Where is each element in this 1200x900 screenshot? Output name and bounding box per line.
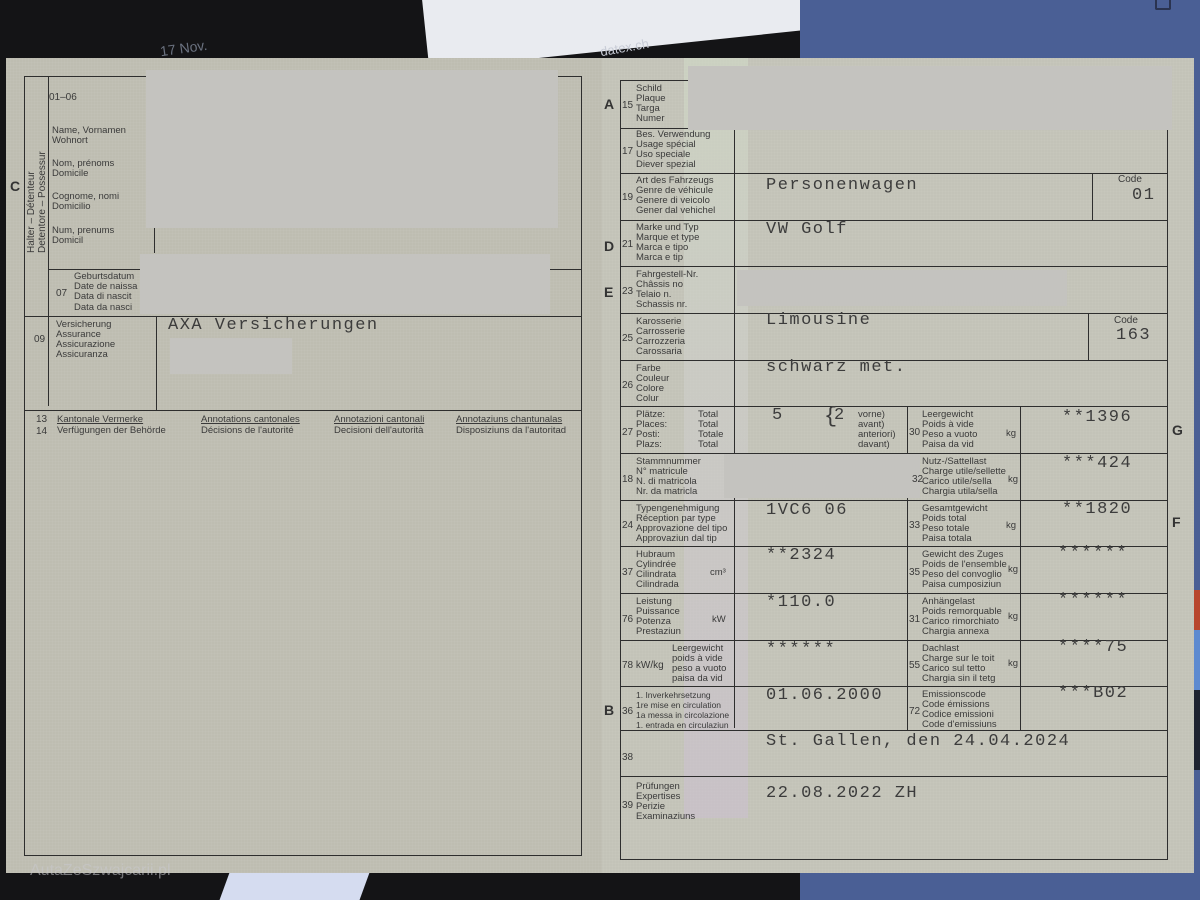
field-number: 26 [622, 380, 633, 391]
body-type-value: Limousine [766, 311, 871, 330]
field-label: Chargia sin il tetg [922, 674, 995, 685]
field-number: 15 [622, 100, 633, 111]
divider [24, 410, 582, 411]
field-label: Assicuranza [56, 350, 108, 361]
divider [1020, 406, 1021, 730]
seats-total-value: 5 [772, 406, 784, 425]
field-label: Numer [636, 114, 665, 125]
type-approval-value: 1VC6 06 [766, 501, 848, 520]
field-label: Chargia annexa [922, 627, 989, 638]
field-number: 18 [622, 474, 633, 485]
field-label: Data di nascit [74, 292, 132, 303]
annotation-header: Annotazioni cantonali [334, 415, 424, 426]
field-number: 01–06 [49, 92, 77, 103]
train-weight-value: ****** [1058, 544, 1128, 563]
section-letter-d: D [604, 238, 614, 254]
watermark: AutaZeSzwajcarii.pl [30, 862, 171, 880]
field-number: 78 kW/kg [622, 660, 664, 671]
annotation-header: Disposiziuns da l'autoritad [456, 426, 566, 437]
matriculation-redacted [724, 454, 920, 498]
unit-label: kg [1008, 474, 1018, 485]
field-number: 23 [622, 286, 633, 297]
unit-label: kW [712, 614, 726, 625]
field-label: davant) [858, 440, 890, 451]
insurance-value: AXA Versicherungen [168, 316, 379, 335]
power-weight-value: ****** [766, 640, 836, 659]
field-label: Chargia utila/sella [922, 487, 998, 498]
field-label: Paisa da vid [922, 440, 974, 451]
field-number: 07 [56, 288, 67, 299]
field-label: Prestaziun [636, 627, 681, 638]
field-label: Gener dal vehichel [636, 206, 715, 217]
field-label: Data da nasci [74, 303, 132, 314]
birthdate-redacted [140, 254, 550, 314]
divider [154, 228, 155, 253]
field-label: 1a messa in circolazione [636, 710, 729, 721]
left-page: C Halter – Détenteur Detentore – Possess… [6, 58, 602, 873]
field-number: 35 [909, 567, 920, 578]
field-number: 31 [909, 614, 920, 625]
unit-label: cm³ [710, 567, 726, 578]
section-letter-e: E [604, 284, 613, 300]
divider [734, 128, 735, 728]
annotation-header: Decisioni dell'autorità [334, 426, 423, 437]
field-label: Code d'emissiuns [922, 720, 997, 731]
code-label: Code [1114, 315, 1138, 326]
field-number: 17 [622, 146, 633, 157]
emission-code-value: ***B02 [1058, 684, 1128, 703]
field-label: 1. entrada en circulaziun [636, 720, 729, 731]
field-label: Marca e tip [636, 253, 683, 264]
field-number: 24 [622, 520, 633, 531]
vehicle-registration-document: C Halter – Détenteur Detentore – Possess… [6, 58, 1194, 873]
field-number: 27 [622, 427, 633, 438]
insurance-number-redacted [170, 338, 292, 374]
unit-label: kg [1006, 520, 1016, 531]
field-label: Examinaziuns [636, 812, 695, 823]
field-label: Wohnort [52, 136, 88, 147]
payload-value: ***424 [1062, 454, 1132, 473]
empty-weight-value: **1396 [1062, 408, 1132, 427]
divider [620, 220, 1168, 221]
field-number: 09 [34, 334, 45, 345]
divider [48, 76, 49, 406]
field-label: Paisa cumposiziun [922, 580, 1001, 591]
field-number: 55 [909, 660, 920, 671]
field-number: 37 [622, 567, 633, 578]
field-label: Colur [636, 394, 659, 405]
section-letter-a: A [604, 96, 614, 112]
field-label: Plazs: [636, 440, 662, 451]
code-label: Code [1118, 174, 1142, 185]
seats-front-value: 2 [834, 406, 846, 425]
divider [620, 313, 1168, 314]
holder-label-1: Halter – Détenteur [26, 171, 37, 253]
field-number: 76 [622, 614, 633, 625]
divider [620, 406, 1168, 407]
divider [156, 316, 157, 410]
field-number: 13 [36, 414, 47, 425]
make-model-value: VW Golf [766, 220, 848, 239]
first-registration-value: 01.06.2000 [766, 686, 883, 705]
field-label: 1. Inverkehrsetzung [636, 690, 711, 701]
power-value: *110.0 [766, 593, 836, 612]
annotation-header: Annotations cantonales [201, 415, 300, 426]
annotation-header: Verfügungen der Behörde [57, 426, 166, 437]
field-label: paisa da vid [672, 674, 723, 685]
field-number: 72 [909, 706, 920, 717]
field-label: Domicil [52, 236, 83, 247]
holder-name-redacted [146, 70, 558, 228]
field-label: Cilindrada [636, 580, 679, 591]
field-number: 14 [36, 426, 47, 437]
chassis-redacted [737, 270, 1067, 306]
annotation-header: Annotaziuns chantunalas [456, 415, 562, 426]
divider [620, 776, 1168, 777]
divider [620, 266, 1168, 267]
roof-load-value: ****75 [1058, 638, 1128, 657]
vehicle-type-code: 01 [1132, 186, 1155, 205]
field-label: 1re mise en circulation [636, 700, 721, 711]
field-label: Total [698, 440, 718, 451]
issue-place-date-value: St. Gallen, den 24.04.2024 [766, 732, 1070, 751]
field-number: 21 [622, 239, 633, 250]
inspection-value: 22.08.2022 ZH [766, 784, 918, 803]
total-weight-value: **1820 [1062, 500, 1132, 519]
annotation-header: Kantonale Vermerke [57, 415, 143, 426]
field-label: Carossaria [636, 347, 682, 358]
color-value: schwarz met. [766, 358, 906, 377]
unit-label: kg [1006, 428, 1016, 439]
field-label: Domicilio [52, 202, 91, 213]
body-type-code: 163 [1116, 326, 1151, 345]
annotation-header: Décisions de l'autorité [201, 426, 294, 437]
trailer-load-value: ****** [1058, 591, 1128, 610]
calendar-text: 17 Nov. [159, 37, 208, 59]
background-paper-lower [220, 870, 371, 900]
section-letter-c: C [10, 178, 20, 194]
field-number: 38 [622, 752, 633, 763]
unit-label: kg [1008, 564, 1018, 575]
field-number: 19 [622, 192, 633, 203]
field-label: Diever spezial [636, 160, 696, 171]
unit-label: kg [1008, 658, 1018, 669]
field-label: Approvaziun dal tip [636, 534, 717, 545]
field-label: Paisa totala [922, 534, 972, 545]
vehicle-type-value: Personenwagen [766, 176, 918, 195]
field-label: Domicile [52, 169, 88, 180]
divider [1088, 313, 1089, 360]
plate-redacted [688, 66, 1172, 130]
field-number: 30 [909, 427, 920, 438]
divider [620, 173, 1168, 174]
field-label: Schassis nr. [636, 300, 687, 311]
section-letter-f: F [1172, 514, 1181, 530]
unit-label: kg [1008, 611, 1018, 622]
field-number: 33 [909, 520, 920, 531]
field-number: 25 [622, 333, 633, 344]
section-letter-b: B [604, 702, 614, 718]
section-letter-g: G [1172, 422, 1183, 438]
displacement-value: **2324 [766, 546, 836, 565]
field-label: Nr. da matricla [636, 487, 697, 498]
divider [1092, 173, 1093, 220]
field-number: 39 [622, 800, 633, 811]
field-number: 36 [622, 706, 633, 717]
save-icon [1155, 0, 1171, 10]
holder-label-2: Detentore – Possessur [37, 151, 48, 253]
right-page: A D E B G F 15 Schild Plaque Targa Numer… [602, 58, 1194, 873]
